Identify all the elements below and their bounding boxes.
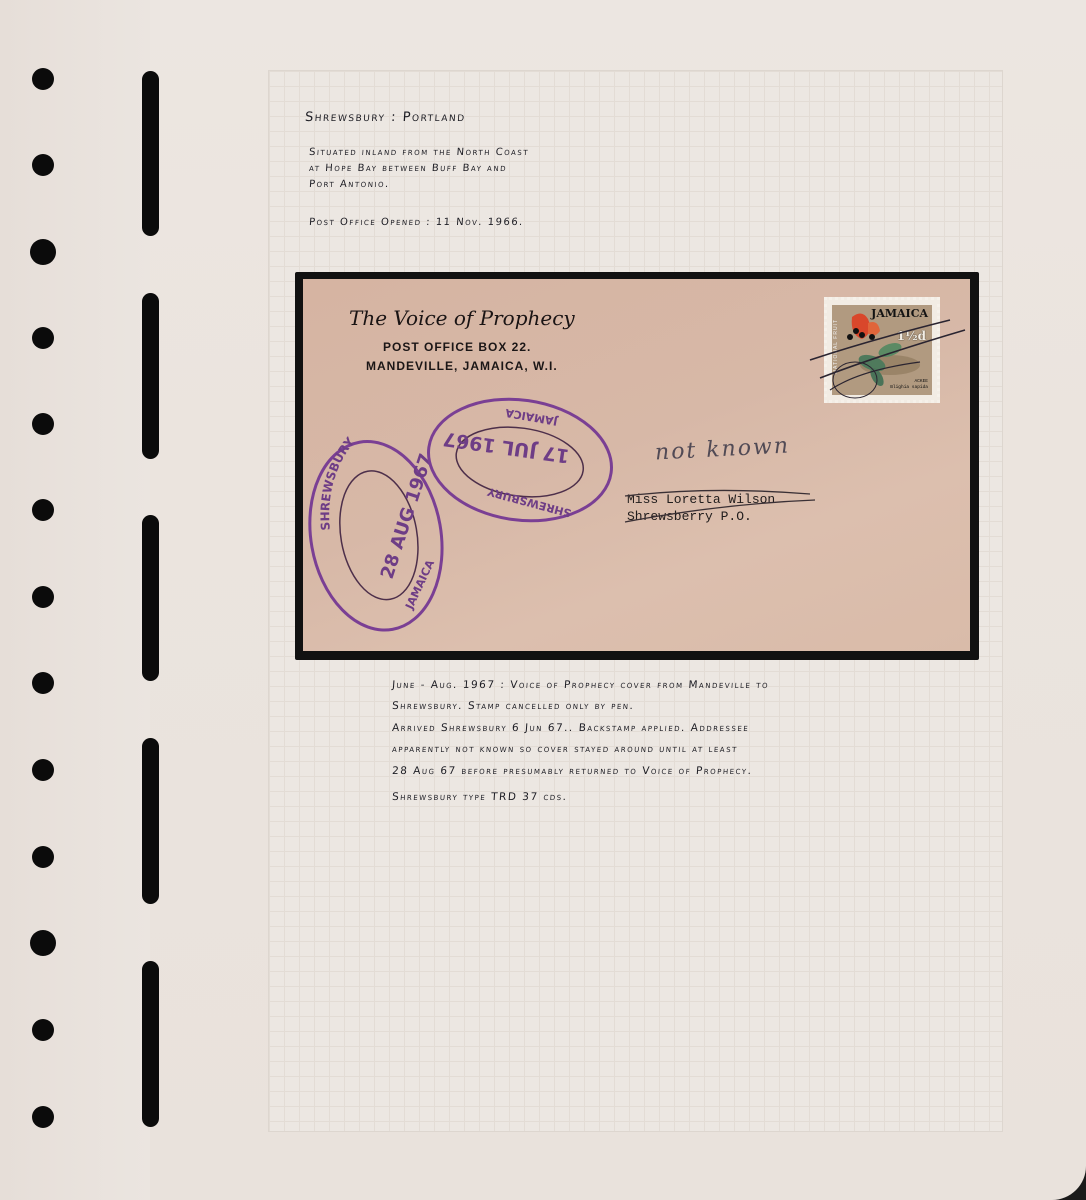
binder-slot bbox=[142, 515, 159, 681]
address-strikeout bbox=[620, 482, 820, 532]
binder-slot bbox=[142, 293, 159, 459]
note-line: apparently not known so cover stayed aro… bbox=[391, 739, 738, 760]
sender-address-line2: MANDEVILLE, JAMAICA, W.I. bbox=[366, 359, 558, 373]
note-line: Arrived Shrewsbury 6 Jun 67.. Backstamp … bbox=[391, 718, 750, 739]
description-line: at Hope Bay between Buff Bay and bbox=[308, 161, 507, 177]
description-line: Situated inland from the North Coast bbox=[308, 145, 529, 161]
punch-hole bbox=[32, 499, 54, 521]
punch-hole bbox=[32, 327, 54, 349]
punch-hole bbox=[32, 1019, 54, 1041]
punch-hole bbox=[32, 672, 54, 694]
post-office-opened: Post Office Opened : 11 Nov. 1966. bbox=[308, 215, 524, 231]
sender-name: The Voice of Prophecy bbox=[349, 306, 575, 330]
album-page: Shrewsbury : Portland Situated inland fr… bbox=[0, 0, 1086, 1200]
note-line: Shrewsbury. Stamp cancelled only by pen. bbox=[391, 696, 635, 717]
punch-hole bbox=[30, 930, 56, 956]
punch-hole bbox=[32, 846, 54, 868]
page-title: Shrewsbury : Portland bbox=[304, 110, 466, 125]
binder-slot bbox=[142, 738, 159, 904]
punch-hole bbox=[32, 586, 54, 608]
sender-address-line1: POST OFFICE BOX 22. bbox=[383, 340, 531, 354]
binder-margin bbox=[0, 0, 150, 1200]
punch-hole bbox=[32, 154, 54, 176]
punch-hole bbox=[30, 239, 56, 265]
binder-slot bbox=[142, 961, 159, 1127]
postmark-1-bottom: JAMAICA bbox=[403, 558, 438, 613]
postmarks: SHREWSBURY 28 AUG 1967 JAMAICA 17 JUL 19… bbox=[300, 390, 630, 650]
postmark-2-date: 17 JUL 1967 bbox=[442, 427, 571, 466]
pen-cancellation bbox=[800, 300, 980, 410]
note-line: Shrewsbury type TRD 37 cds. bbox=[391, 787, 568, 808]
punch-hole bbox=[32, 1106, 54, 1128]
note-line: 28 Aug 67 before presumably returned to … bbox=[391, 761, 753, 782]
punch-hole bbox=[32, 68, 54, 90]
description-line: Port Antonio. bbox=[308, 177, 390, 193]
punch-hole bbox=[32, 759, 54, 781]
binder-slot bbox=[142, 71, 159, 236]
punch-hole bbox=[32, 413, 54, 435]
note-line: June - Aug. 1967 : Voice of Prophecy cov… bbox=[391, 675, 769, 696]
postmark-2-top: SHREWSBURY bbox=[485, 484, 573, 519]
postmark-2-bottom: JAMAICA bbox=[504, 406, 560, 428]
